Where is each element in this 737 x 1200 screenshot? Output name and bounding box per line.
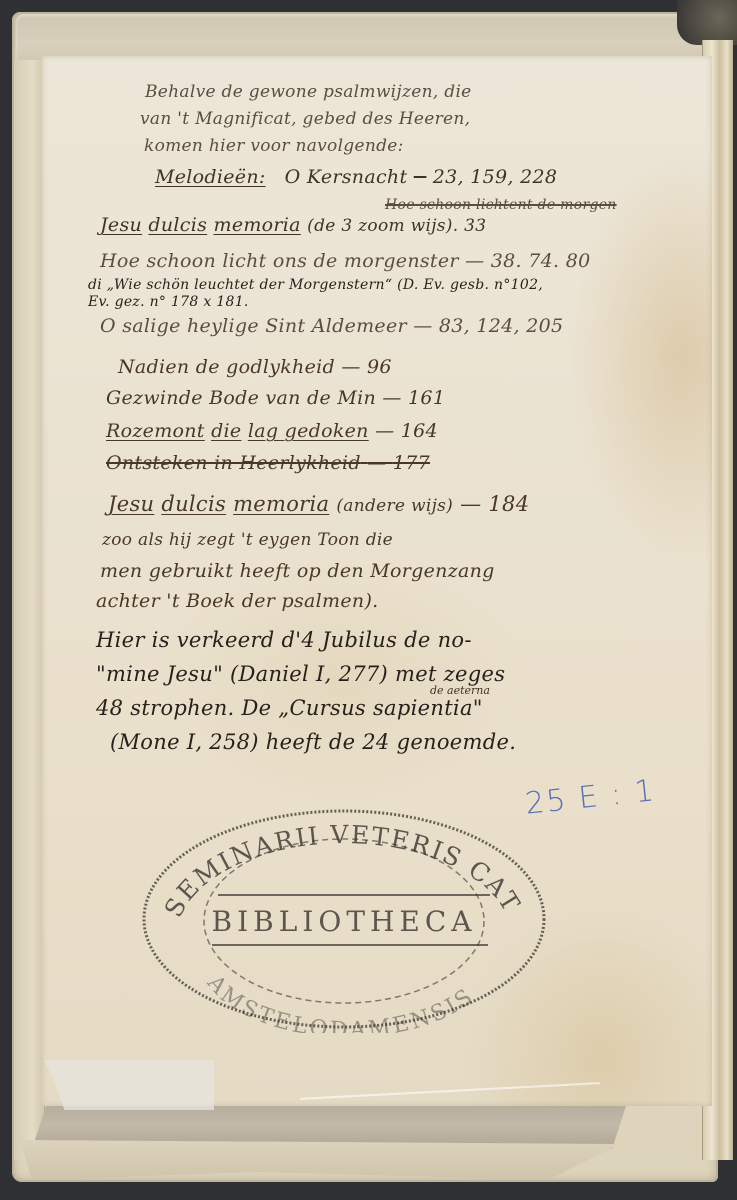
jesu-note-line-3: achter 't Boek der psalmen). [96, 590, 379, 612]
jesu-note-line-1: zoo als hij zegt 't eygen Toon die [102, 530, 393, 550]
jesu-note-line-2: men gebruikt heeft op den Morgenzang [100, 560, 495, 582]
intro-line-2: van 't Magnificat, gebed des Heeren, [140, 109, 470, 129]
melody-row-wie-schoen: di „Wie schön leuchtet der Morgenstern“ … [88, 277, 543, 293]
melody-row-gezwinde-bode: Gezwinde Bode van de Min — 161 [106, 387, 445, 409]
left-board-edge [14, 60, 45, 1160]
melody-row-ev-gez: Ev. gez. n° 178 x 181. [88, 294, 249, 310]
library-stamp: SEMINARII VETERIS CATHOLICI BIBLIOTHECA … [138, 805, 550, 1033]
torn-corner [44, 1060, 214, 1110]
melody-row-jesu-1: Jesu dulcis memoria (de 3 zoom wijs). 33 [100, 214, 486, 236]
svg-text:AMSTELODAMENSIS: AMSTELODAMENSIS [201, 970, 479, 1033]
melody-row-struck: Ontsteken in Heerlykheid — 177 [106, 452, 430, 474]
melody-row-nadien: Nadien de godlykheid — 96 [118, 356, 392, 378]
melody-row-jesu-2: Jesu dulcis memoria (andere wijs) — 184 [108, 492, 529, 516]
melody-title: O Kersnacht [285, 166, 408, 188]
closing-line-4: (Mone I, 258) heeft de 24 genoemde. [110, 730, 516, 754]
stamp-center-text: BIBLIOTHECA [212, 905, 477, 938]
melody-row-hoe-schoon: Hoe schoon licht ons de morgenster — 38.… [100, 250, 590, 272]
melodies-heading: Melodieën: [155, 166, 266, 188]
stamp-oval-icon: SEMINARII VETERIS CATHOLICI BIBLIOTHECA … [138, 805, 550, 1033]
spine-corner [677, 0, 737, 45]
intro-line-1: Behalve de gewone psalmwijzen, die [145, 82, 472, 102]
intro-line-3: komen hier voor navolgende: [144, 136, 404, 156]
melody-row-o-salige: O salige heylige Sint Aldemeer — 83, 124… [100, 315, 563, 337]
struck-correction: Hoe schoon lichtent de morgen [385, 197, 617, 213]
manuscript-photo: Behalve de gewone psalmwijzen, die van '… [0, 0, 737, 1200]
melody-refs: 23, 159, 228 [433, 166, 557, 188]
closing-line-2: "mine Jesu" (Daniel I, 277) met zeges [96, 662, 505, 686]
closing-line-3: 48 strophen. De „Cursus sapientia" [96, 696, 483, 720]
closing-line-1: Hier is verkeerd d'4 Jubilus de no- [96, 628, 472, 652]
melody-row-rozemont: Rozemont die lag gedoken — 164 [106, 420, 438, 442]
stamp-bottom-text: AMSTELODAMENSIS [201, 970, 479, 1033]
melodies-row-1: Melodieën: O Kersnacht 23, 159, 228 [155, 166, 557, 188]
